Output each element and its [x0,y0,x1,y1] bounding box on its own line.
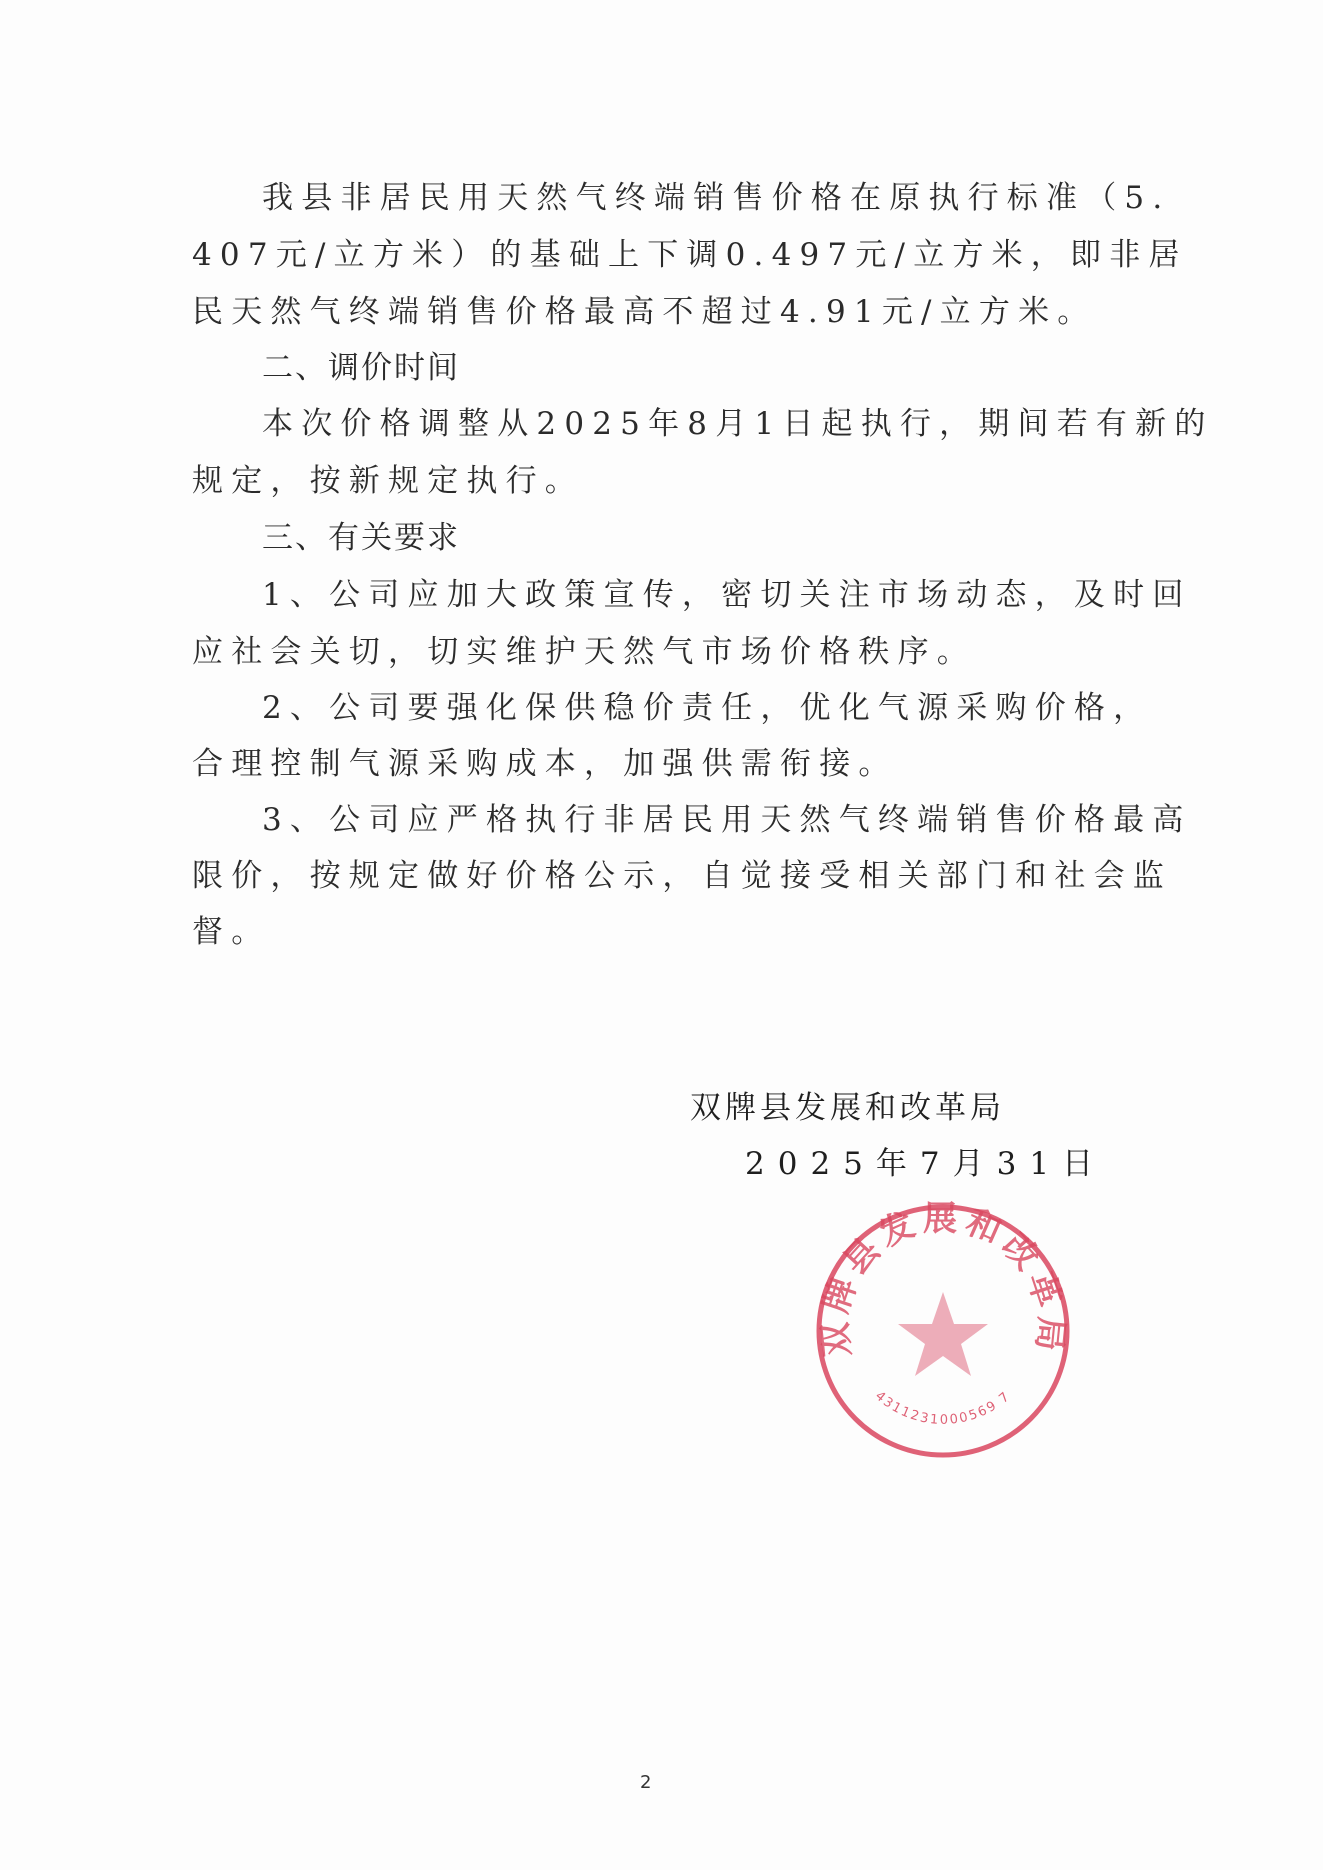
seal-serial: 4311231000569 7 [872,1389,1014,1428]
paragraph-line: 本次价格调整从2025年8月1日起执行，期间若有新的 [262,404,1214,444]
svg-text:4311231000569 7: 4311231000569 7 [872,1389,1014,1428]
requirement-item-1-line: 应社会关切，切实维护天然气市场价格秩序。 [192,632,976,672]
page-number: 2 [640,1772,651,1793]
requirement-item-2-line: 合理控制气源采购成本，加强供需衔接。 [192,744,898,784]
document-page: 我县非居民用天然气终端销售价格在原执行标准（5. 407元/立方米）的基础上下调… [0,0,1323,1870]
signature-organization: 双牌县发展和改革局 [690,1082,1005,1127]
paragraph-line: 我县非居民用天然气终端销售价格在原执行标准（5. [262,178,1170,218]
signature-date: 2025年7月31日 [745,1138,1106,1183]
requirement-item-3-line: 限价，按规定做好价格公示，自觉接受相关部门和社会监 [192,856,1172,896]
requirement-item-1-line: 1、公司应加大政策宣传，密切关注市场动态，及时回 [262,575,1192,615]
section-heading-adjust-time: 二、调价时间 [262,348,460,388]
requirement-item-2-line: 2、公司要强化保供稳价责任，优化气源采购价格， [262,688,1152,728]
requirement-item-3-line: 督。 [192,912,270,952]
requirement-item-3-line: 3、公司应严格执行非居民用天然气终端销售价格最高 [262,800,1192,840]
paragraph-line: 407元/立方米）的基础上下调0.497元/立方米，即非居 [192,235,1188,275]
section-heading-requirements: 三、有关要求 [262,518,460,558]
paragraph-line: 民天然气终端销售价格最高不超过4.91元/立方米。 [192,292,1096,332]
official-seal: 双牌县发展和改革局 4311231000569 7 [812,1200,1074,1462]
star-icon [898,1292,988,1376]
paragraph-line: 规定，按新规定执行。 [192,461,584,501]
